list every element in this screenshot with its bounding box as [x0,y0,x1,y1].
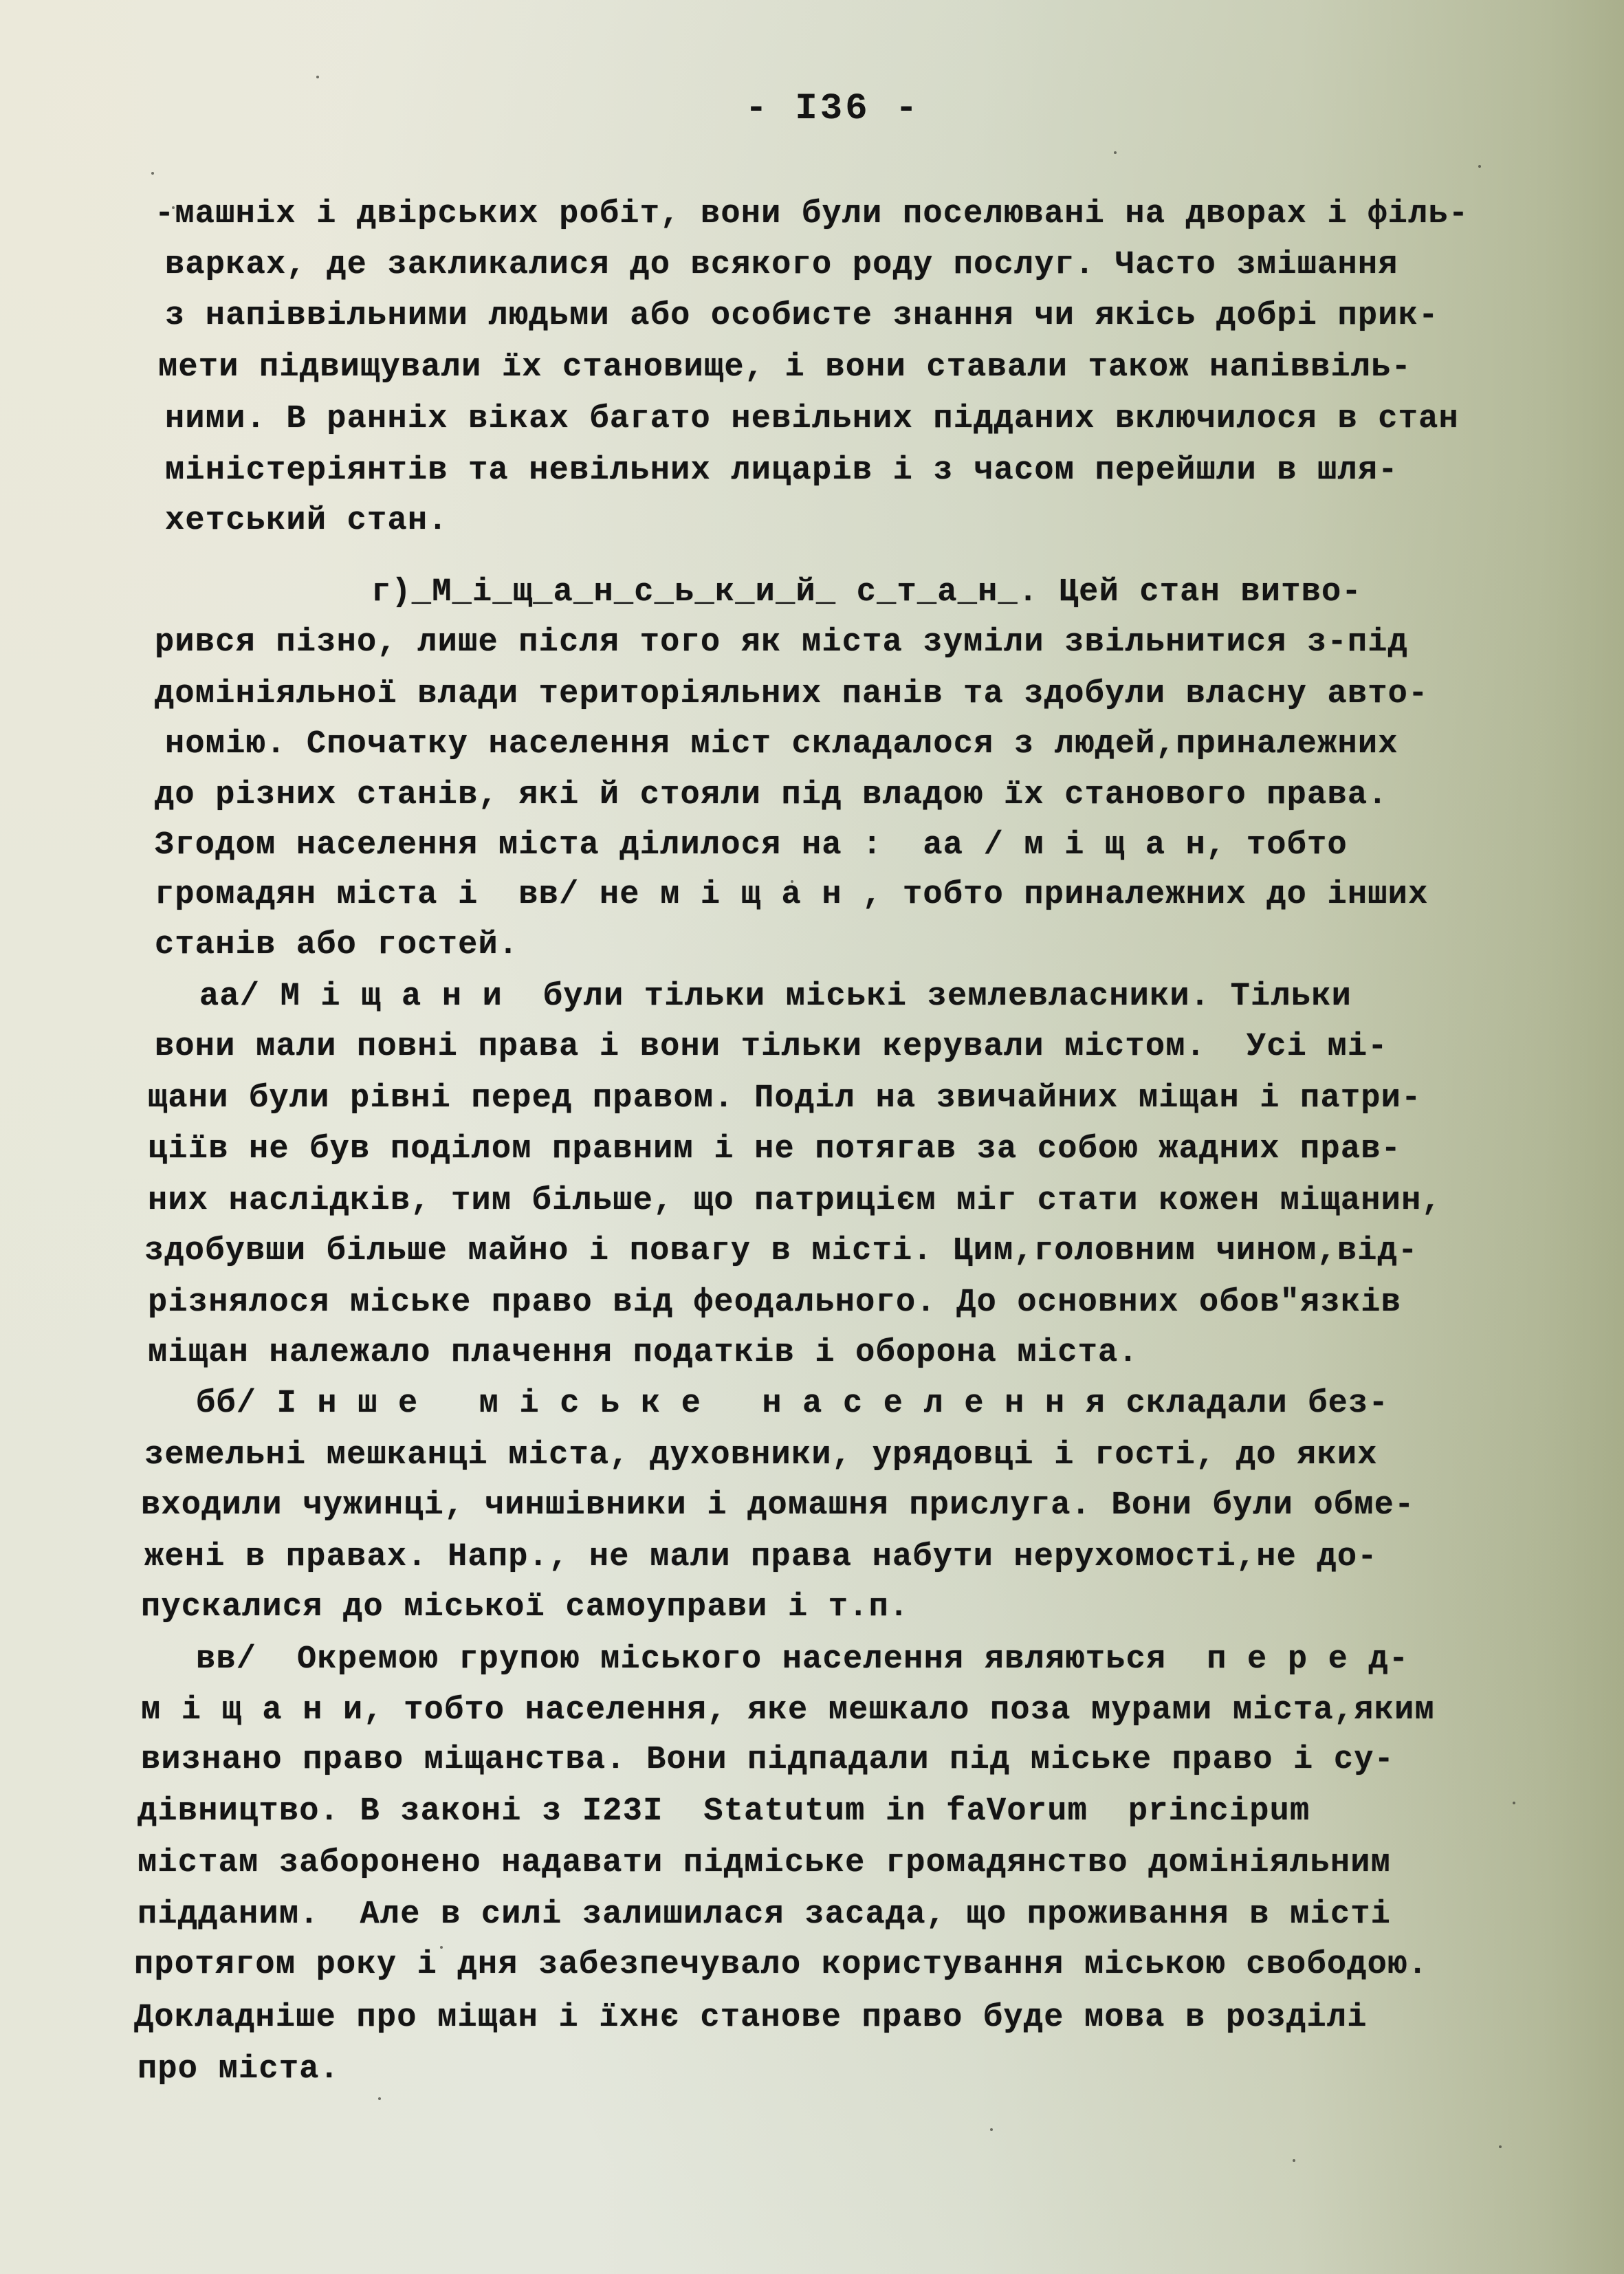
paper-speck [791,880,793,883]
text-line: домініяльної влади територіяльних панів … [155,674,1429,715]
text-line: щани були рівні перед правом. Поділ на з… [148,1078,1422,1119]
text-line: номію. Спочатку населення міст складалос… [165,724,1398,765]
text-line: аа/ М і щ а н и були тільки міські земле… [199,976,1352,1018]
text-line: мети підвищували їх становище, і вони ст… [158,347,1412,389]
text-line: ними. В ранніх віках багато невільних пі… [165,399,1459,440]
text-line: міністеріянтів та невільних лицарів і з … [165,450,1398,492]
text-line: Згодом населення міста ділилося на : аа … [155,825,1348,866]
text-line: варках, де закликалися до всякого роду п… [165,245,1398,286]
section-heading-line: г)_М_і_щ_а_н_с_ь_к_и_й_ с_т_а_н_. Цей ст… [371,572,1362,613]
text-line: вв/ Окремою групою міського населення яв… [196,1639,1409,1681]
text-line: різнялося міське право від феодального. … [148,1282,1401,1324]
text-line: дівництво. В законі з I23I Statutum in f… [138,1791,1310,1833]
text-line: входили чужинці, чиншівники і домашня пр… [141,1485,1415,1527]
paper-speck [316,76,319,78]
text-line: жені в правах. Напр., не мали права набу… [144,1537,1378,1578]
text-line: підданим. Але в силі залишилася засада, … [138,1894,1391,1936]
text-line: містам заборонено надавати підміське гро… [138,1843,1391,1884]
text-line: бб/ І н ш е м і с ь к е н а с е л е н н … [196,1384,1389,1425]
text-line: вони мали повні права і вони тільки керу… [155,1027,1388,1068]
paper-speck [1499,2145,1502,2148]
paper-speck [1478,165,1481,168]
text-line: -машніх і двірських робіт, вони були пос… [155,194,1469,235]
paper-speck [1114,151,1117,154]
text-line: ціїв не був поділом правним і не потягав… [148,1129,1401,1170]
paper-speck [151,172,154,175]
text-line: м і щ а н и, тобто населення, яке мешкал… [141,1690,1435,1731]
text-line: про міста. [138,2049,340,2090]
text-line: з напіввільними людьми або особисте знан… [165,296,1439,337]
paper-speck [997,1451,1000,1454]
paper-speck [440,1946,443,1949]
text-line: здобувши більше майно і повагу в місті. … [144,1231,1418,1272]
text-line: протягом року і дня забезпечувало корист… [134,1945,1428,1986]
text-line: станів або гостей. [155,925,518,966]
text-line: рився пізно, лише після того як міста зу… [155,622,1408,664]
text-line: визнано право міщанства. Вони підпадали … [141,1740,1394,1781]
text-line: хетський стан. [165,501,448,542]
paper-speck [1513,1802,1515,1804]
text-line: до різних станів, які й стояли під владо… [155,775,1388,816]
paper-speck [1293,2159,1295,2162]
text-line: пускалися до міської самоуправи і т.п. [141,1587,909,1628]
paper-speck [172,206,175,209]
paper-speck [990,2128,993,2131]
text-line: них наслідків, тим більше, що патрицієм … [148,1181,1442,1222]
page-number: - I36 - [0,88,1624,130]
text-line: Докладніше про міщан і їхнє станове прав… [134,1998,1368,2039]
text-line: земельні мешканці міста, духовники, уряд… [144,1435,1378,1476]
text-line: міщан належало плачення податків і оборо… [148,1333,1139,1374]
paper-speck [378,2097,381,2100]
